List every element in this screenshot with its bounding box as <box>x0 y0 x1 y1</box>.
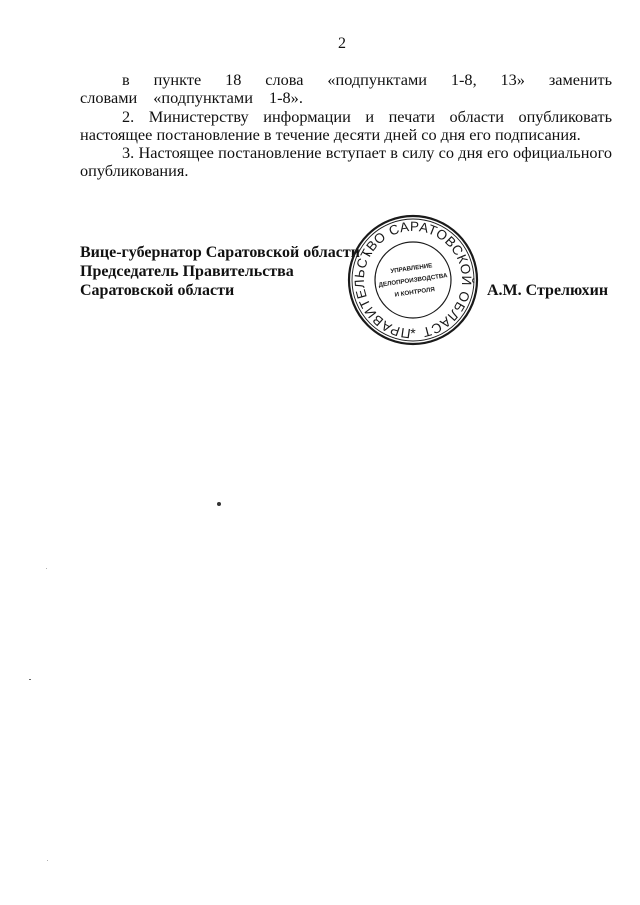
official-seal-stamp: ПРАВИТЕЛЬСТВО САРАТОВСКОЙ ОБЛАСТИ * УПРА… <box>345 212 481 348</box>
seal-star-icon: * <box>410 325 416 341</box>
scan-speck <box>217 502 221 506</box>
seal-inner-text: УПРАВЛЕНИЕ <box>390 262 433 275</box>
paragraph-item-18-amendment: в пункте 18 слова «подпунктами 1-8, 13» … <box>80 71 612 108</box>
paragraph-entry-into-force: 3. Настоящее постановление вступает в си… <box>80 144 612 181</box>
scan-speck <box>47 860 48 861</box>
seal-inner-text: ДЕЛОПРОИЗВОДСТВА <box>378 272 448 289</box>
scan-speck <box>29 679 31 680</box>
signature-title-line: Саратовской области <box>80 281 372 300</box>
paragraph-publication-order: 2. Министерству информации и печати обла… <box>80 108 612 145</box>
scan-speck <box>46 568 47 569</box>
seal-inner-text: И КОНТРОЛЯ <box>394 286 436 299</box>
body-text: в пункте 18 слова «подпунктами 1-8, 13» … <box>80 71 612 181</box>
signature-title-block: Вице-губернатор Саратовской области – Пр… <box>80 243 372 300</box>
signature-title-line: Председатель Правительства <box>80 262 372 281</box>
signer-name: А.М. Стрелюхин <box>487 281 608 300</box>
page-number: 2 <box>0 35 640 53</box>
signature-title-line: Вице-губернатор Саратовской области – <box>80 243 372 262</box>
seal-icon: ПРАВИТЕЛЬСТВО САРАТОВСКОЙ ОБЛАСТИ * УПРА… <box>345 212 481 348</box>
